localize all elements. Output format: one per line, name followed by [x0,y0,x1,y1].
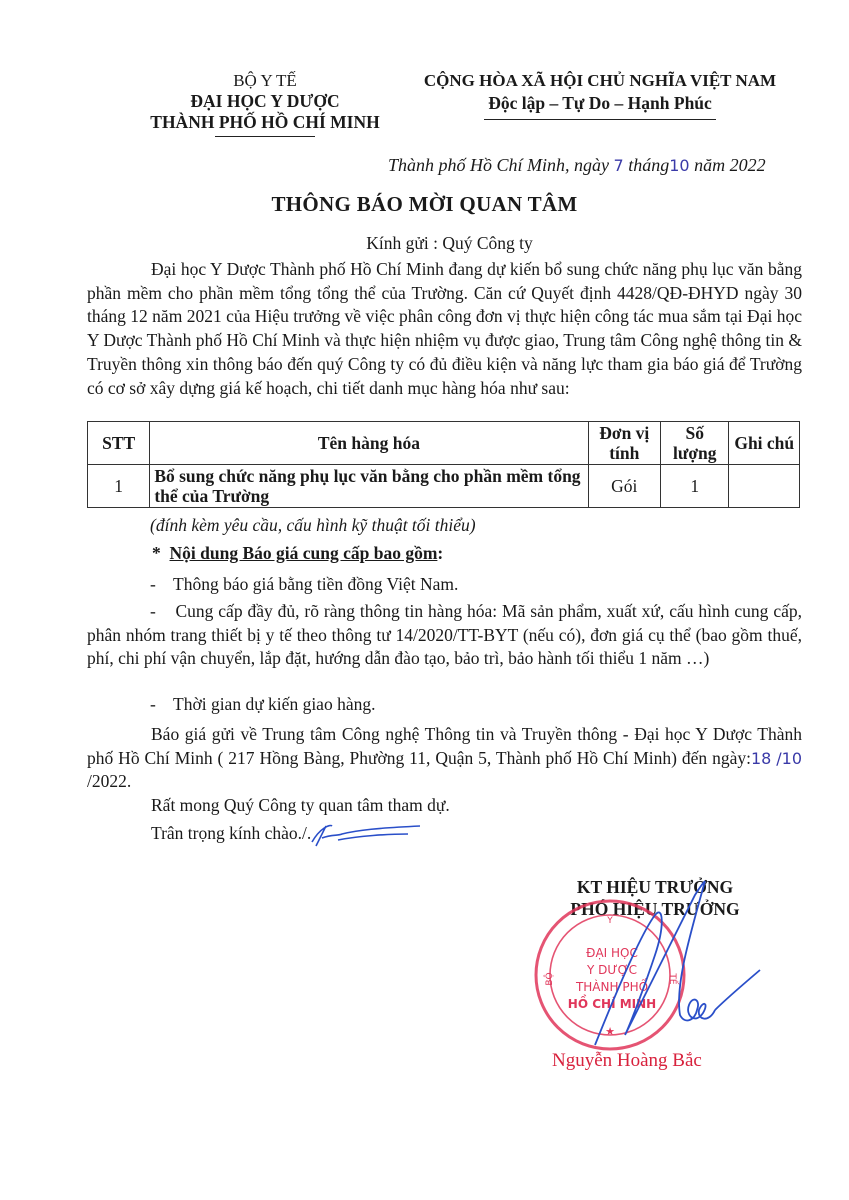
list-item: - Thông báo giá bằng tiền đồng Việt Nam. [150,573,802,597]
header-right-divider [484,119,716,120]
closing-greeting: Trân trọng kính chào./. [151,823,311,844]
goods-table: STT Tên hàng hóa Đơn vị tính Số lượng Gh… [87,421,800,508]
header-note: Ghi chú [729,422,800,465]
section-colon: : [437,543,443,563]
section-heading-text: Nội dung Báo giá cung cấp bao gồm [170,543,438,563]
bullet-dash: - [150,694,156,714]
national-header: CỘNG HÒA XÃ HỘI CHỦ NGHĨA VIỆT NAM Độc l… [410,70,790,120]
handwritten-deadline-month: 10 [782,749,802,768]
list-item: - Cung cấp đầy đủ, rõ ràng thông tin hàn… [87,600,802,671]
closing-line: Rất mong Quý Công ty quan tâm tham dự. [151,795,450,816]
cell-name: Bổ sung chức năng phụ lục văn bằng cho p… [150,465,588,508]
cell-note [729,465,800,508]
signer-name: Nguyễn Hoàng Bắc [552,1050,702,1072]
section-heading: * Nội dung Báo giá cung cấp bao gồm: [152,543,443,564]
ministry-name: BỘ Y TẾ [140,70,390,91]
cell-qty: 1 [661,465,729,508]
national-motto: Độc lập – Tự Do – Hạnh Phúc [410,92,790,114]
handwritten-deadline-day: 18 [751,749,771,768]
deadline-year: /2022. [87,771,131,791]
header-stt: STT [88,422,150,465]
bullet-text: Cung cấp đầy đủ, rõ ràng thông tin hàng … [87,601,802,668]
header-unit: Đơn vị tính [588,422,661,465]
attachment-note: (đính kèm yêu cầu, cấu hình kỹ thuật tối… [150,515,476,536]
handwritten-month: 10 [669,156,689,175]
nation-name: CỘNG HÒA XÃ HỘI CHỦ NGHĨA VIỆT NAM [410,70,790,92]
handwritten-day: 7 [614,156,624,175]
dateline-year: năm 2022 [694,155,766,175]
section-marker: * [152,543,161,563]
salutation: Kính gửi : Quý Công ty [0,233,849,254]
delivery-text: Báo giá gửi về Trung tâm Công nghệ Thông… [87,724,802,768]
header-left-divider [215,136,315,137]
cell-unit: Gói [588,465,661,508]
cell-stt: 1 [88,465,150,508]
bullet-dash: - [150,601,156,621]
dateline: Thành phố Hồ Chí Minh, ngày 7 tháng10 nă… [388,155,766,176]
bullet-dash: - [150,574,156,594]
university-city: THÀNH PHỐ HỒ CHÍ MINH [140,112,390,133]
table-row: 1 Bổ sung chức năng phụ lục văn bằng cho… [88,465,800,508]
list-item: - Thời gian dự kiến giao hàng. [150,693,802,717]
university-name: ĐẠI HỌC Y DƯỢC [140,91,390,112]
issuer-header: BỘ Y TẾ ĐẠI HỌC Y DƯỢC THÀNH PHỐ HỒ CHÍ … [140,70,390,137]
dateline-prefix: Thành phố Hồ Chí Minh, ngày [388,155,609,175]
signature-icon [585,875,765,1055]
document-title: THÔNG BÁO MỜI QUAN TÂM [0,192,849,217]
bullet-text: Thời gian dự kiến giao hàng. [173,694,375,714]
delivery-paragraph: Báo giá gửi về Trung tâm Công nghệ Thông… [87,723,802,794]
header-qty: Số lượng [661,422,729,465]
dateline-month-label: tháng [628,155,669,175]
intro-paragraph: Đại học Y Dược Thành phố Hồ Chí Minh đan… [87,258,802,400]
header-name: Tên hàng hóa [150,422,588,465]
table-header-row: STT Tên hàng hóa Đơn vị tính Số lượng Gh… [88,422,800,465]
bullet-text: Thông báo giá bằng tiền đồng Việt Nam. [173,574,458,594]
initial-mark-icon [308,820,428,850]
stamp-ring-left: BỘ [543,972,555,985]
